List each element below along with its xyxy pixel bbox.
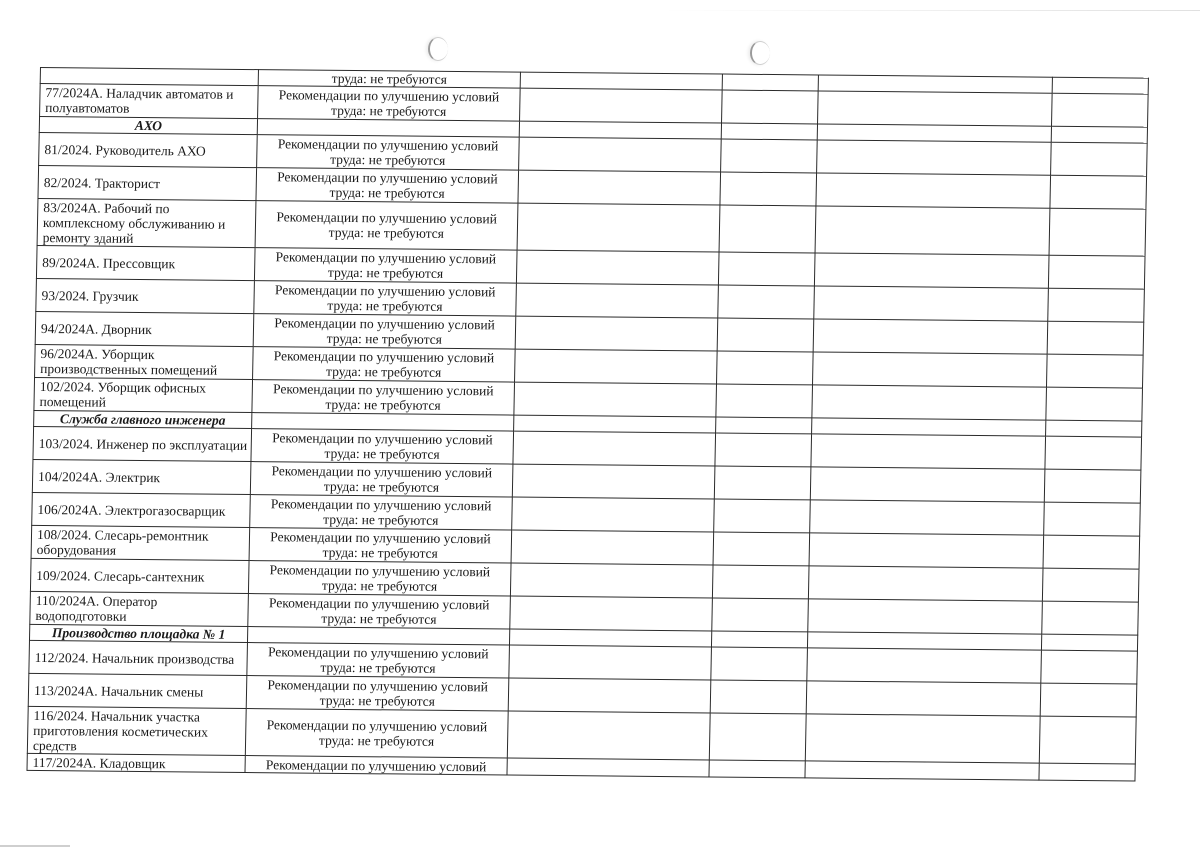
cell-recommendation: Рекомендации по улучшению условий труда:… bbox=[253, 347, 516, 383]
cell-recommendation: Рекомендации по улучшению условий труда:… bbox=[254, 248, 517, 284]
cell-empty bbox=[1039, 763, 1135, 781]
cell-empty bbox=[1041, 650, 1138, 684]
cell-empty bbox=[811, 434, 1046, 469]
cell-empty bbox=[1046, 387, 1143, 421]
cell-empty bbox=[507, 711, 710, 760]
cell-recommendation: Рекомендации по улучшению условий труда:… bbox=[254, 281, 517, 317]
cell-empty bbox=[722, 74, 818, 91]
cell-profession: 96/2024А. Уборщик производственных помещ… bbox=[35, 344, 254, 379]
cell-recommendation: Рекомендации по улучшению условий труда:… bbox=[250, 495, 513, 531]
cell-empty bbox=[1051, 126, 1147, 143]
cell-empty bbox=[515, 349, 718, 384]
cell-empty bbox=[717, 318, 814, 352]
cell-empty bbox=[721, 123, 817, 140]
cell-empty bbox=[713, 532, 810, 566]
cell-empty bbox=[813, 352, 1048, 387]
cell-profession: 83/2024А. Рабочий по комплексному обслуж… bbox=[37, 198, 256, 247]
cell-empty bbox=[1051, 142, 1148, 176]
cell-empty bbox=[519, 121, 721, 139]
cell-profession: 89/2024А. Прессовщик bbox=[36, 245, 255, 280]
cell-empty bbox=[714, 499, 811, 533]
cell-empty bbox=[814, 253, 1049, 288]
cell-empty bbox=[712, 565, 809, 599]
cell-empty bbox=[1044, 469, 1141, 503]
cell-empty bbox=[815, 206, 1050, 255]
cell-profession: 117/2024А. Кладовщик bbox=[27, 753, 245, 772]
cell-empty bbox=[711, 647, 808, 681]
cell-empty bbox=[709, 760, 805, 778]
cell-empty bbox=[806, 681, 1041, 716]
cell-empty bbox=[1048, 255, 1145, 289]
cell-empty bbox=[1047, 321, 1144, 355]
cell-recommendation: Рекомендации по улучшению условий труда:… bbox=[247, 643, 510, 679]
cell-profession: 77/2024А. Наладчик автоматов и полуавтом… bbox=[40, 84, 259, 119]
cell-empty bbox=[508, 678, 711, 713]
cell-empty bbox=[509, 629, 711, 647]
cell-empty bbox=[1042, 601, 1139, 635]
cell-empty bbox=[1052, 93, 1149, 127]
cell-empty bbox=[808, 599, 1043, 634]
cell-recommendation: Рекомендации по улучшению условий труда:… bbox=[258, 86, 521, 122]
cell-empty bbox=[512, 464, 715, 499]
cell-recommendation: Рекомендации по улучшению условий труда:… bbox=[248, 561, 511, 597]
cell-empty bbox=[805, 761, 1039, 780]
cell-empty bbox=[1049, 208, 1146, 256]
cell-recommendation: Рекомендации по улучшению условий труда:… bbox=[256, 168, 519, 204]
cell-empty bbox=[718, 252, 815, 286]
cell-empty bbox=[1041, 634, 1137, 651]
cell-empty bbox=[1046, 354, 1143, 388]
cell-empty bbox=[810, 467, 1045, 502]
cell-recommendation: Рекомендации по улучшению условий bbox=[245, 756, 507, 776]
recommendations-table-container: труда: не требуются 77/2024А. Наладчик а… bbox=[26, 67, 1148, 782]
cell-recommendation: Рекомендации по улучшению условий труда:… bbox=[250, 462, 513, 498]
cell-recommendation: Рекомендации по улучшению условий труда:… bbox=[248, 594, 511, 630]
cell-empty bbox=[717, 351, 814, 385]
cell-empty bbox=[1044, 502, 1141, 536]
cell-empty bbox=[512, 497, 715, 532]
cell-empty bbox=[716, 384, 813, 418]
cell-recommendation: Рекомендации по улучшению условий труда:… bbox=[252, 380, 515, 416]
cell-empty bbox=[813, 319, 1048, 354]
cell-empty bbox=[807, 648, 1042, 683]
cell-empty bbox=[515, 316, 718, 351]
cell-profession: 112/2024. Начальник производства bbox=[29, 640, 248, 675]
cell-profession: 109/2024. Слесарь-сантехник bbox=[30, 558, 249, 593]
cell-empty bbox=[509, 645, 712, 680]
cell-empty bbox=[814, 286, 1049, 321]
cell-empty bbox=[510, 563, 713, 598]
cell-profession: 104/2024А. Электрик bbox=[32, 459, 251, 494]
cell-empty bbox=[1042, 568, 1139, 602]
cell-empty bbox=[817, 140, 1052, 175]
cell-empty bbox=[712, 598, 809, 632]
cell-profession: 82/2024. Тракторист bbox=[38, 165, 257, 200]
cell-profession: 108/2024. Слесарь-ремонтник оборудования bbox=[31, 525, 250, 560]
cell-empty bbox=[520, 88, 723, 123]
cell-empty bbox=[805, 714, 1040, 763]
cell-empty bbox=[720, 172, 817, 206]
section-title: Служба главного инженера bbox=[34, 410, 252, 428]
cell-empty bbox=[818, 91, 1053, 126]
recommendations-table: труда: не требуются 77/2024А. Наладчик а… bbox=[26, 67, 1148, 782]
cell-empty bbox=[1043, 535, 1140, 569]
cell-profession: 106/2024А. Электрогазосварщик bbox=[32, 492, 251, 527]
cell-empty bbox=[507, 758, 709, 777]
cell-empty bbox=[718, 285, 815, 319]
scan-edge-line bbox=[660, 10, 1200, 11]
cell-empty bbox=[1045, 436, 1142, 470]
cell-empty bbox=[517, 203, 720, 252]
cell-empty bbox=[1048, 288, 1145, 322]
cell-empty bbox=[1039, 716, 1136, 764]
cell-recommendation: Рекомендации по улучшению условий труда:… bbox=[257, 135, 520, 171]
cell-profession: 94/2024А. Дворник bbox=[35, 311, 254, 346]
cell-empty bbox=[711, 631, 807, 648]
punch-hole-mark bbox=[428, 37, 448, 61]
cell-recommendation: Рекомендации по улучшению условий труда:… bbox=[249, 528, 512, 564]
cell-recommendation: Рекомендации по улучшению условий труда:… bbox=[246, 676, 509, 712]
cell-recommendation: Рекомендации по улучшению условий труда:… bbox=[255, 201, 518, 251]
cell-empty bbox=[719, 205, 816, 253]
cell-empty bbox=[715, 433, 812, 467]
cell-empty bbox=[810, 500, 1045, 535]
cell-empty bbox=[812, 385, 1047, 420]
cell-empty bbox=[1046, 420, 1142, 437]
punch-hole-mark bbox=[750, 41, 770, 65]
cell-recommendation: Рекомендации по улучшению условий труда:… bbox=[251, 429, 514, 465]
cell-empty bbox=[809, 533, 1044, 568]
cell-profession: 81/2024. Руководитель АХО bbox=[39, 132, 258, 167]
cell-profession: 93/2024. Грузчик bbox=[36, 278, 255, 313]
cell-empty bbox=[516, 283, 719, 318]
scan-edge-mark bbox=[0, 845, 70, 847]
cell-profession: 110/2024А. Оператор водоподготовки bbox=[30, 591, 249, 626]
cell-empty bbox=[1040, 683, 1137, 717]
section-title: Производство площадка № 1 bbox=[29, 624, 247, 642]
cell-profession: 116/2024. Начальник участка приготовлени… bbox=[27, 706, 246, 755]
cell-empty bbox=[722, 90, 819, 124]
cell-profession: 113/2024А. Начальник смены bbox=[28, 673, 247, 708]
cell-empty bbox=[513, 431, 716, 466]
cell-empty bbox=[721, 139, 818, 173]
cell-empty bbox=[808, 566, 1043, 601]
cell-recommendation: Рекомендации по улучшению условий труда:… bbox=[245, 709, 508, 759]
cell-empty bbox=[714, 466, 811, 500]
cell-empty bbox=[518, 170, 721, 205]
cell-profession: 102/2024. Уборщик офисных помещений bbox=[34, 377, 253, 412]
cell-empty bbox=[516, 250, 719, 285]
cell-empty bbox=[710, 680, 807, 714]
cell-profession: 103/2024. Инженер по эксплуатации bbox=[33, 426, 252, 461]
cell-empty bbox=[716, 417, 812, 434]
cell-empty bbox=[709, 713, 806, 761]
cell-empty bbox=[520, 72, 722, 90]
cell-empty bbox=[510, 596, 713, 631]
cell-empty bbox=[816, 173, 1051, 208]
cell-empty bbox=[1050, 175, 1147, 209]
cell-empty bbox=[511, 530, 714, 565]
cell-empty bbox=[514, 415, 716, 433]
cell-empty bbox=[1052, 77, 1148, 94]
cell-empty bbox=[514, 382, 717, 417]
cell-empty bbox=[519, 137, 722, 172]
cell-recommendation: Рекомендации по улучшению условий труда:… bbox=[253, 314, 516, 350]
